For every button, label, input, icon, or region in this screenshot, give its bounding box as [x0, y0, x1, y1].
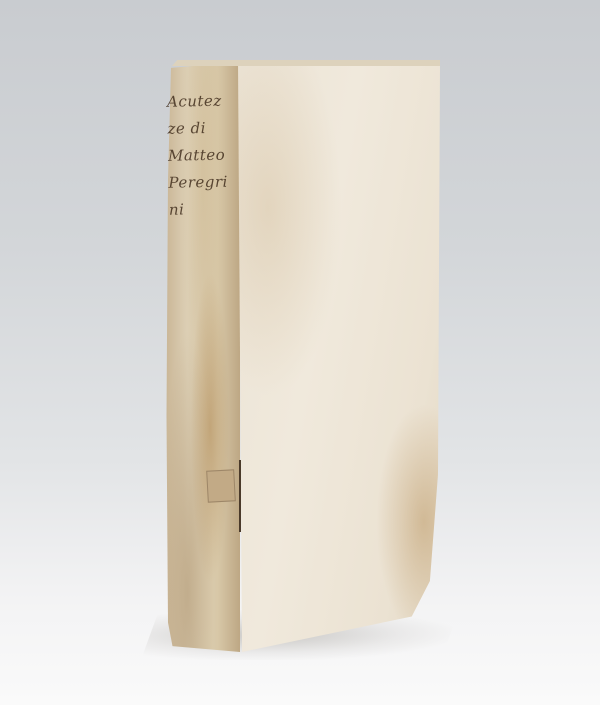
spine-line: Matteo — [168, 141, 248, 169]
spine-line: ze di — [167, 114, 247, 142]
spine-hinge-crack — [239, 460, 241, 532]
spine-line: ni — [169, 195, 249, 223]
spine-line: Peregri — [168, 168, 248, 196]
spine-inscription: Acutez ze di Matteo Peregri ni — [167, 87, 249, 223]
spine-label-remnant — [206, 469, 236, 502]
book-front-cover — [238, 60, 440, 652]
book-top-edge — [172, 60, 440, 66]
spine-line: Acutez — [167, 87, 247, 115]
photo-scene: Acutez ze di Matteo Peregri ni — [0, 0, 600, 705]
